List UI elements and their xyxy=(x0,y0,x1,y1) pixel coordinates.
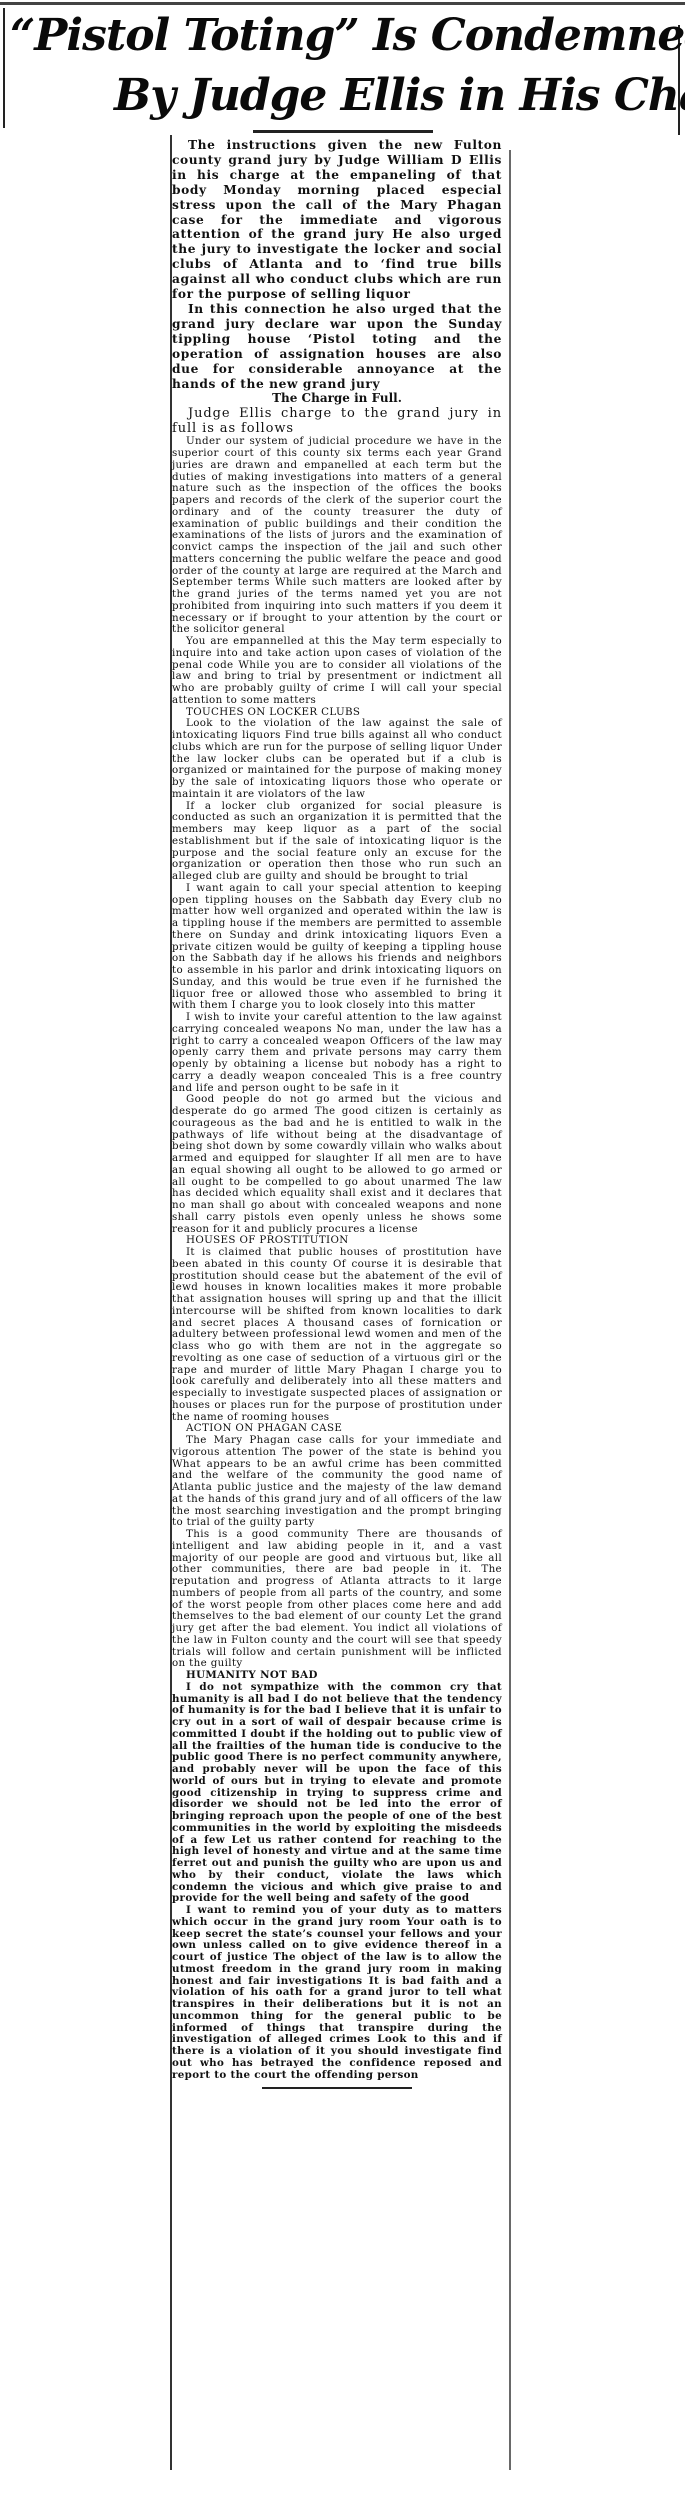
article-body: Under our system of judicial procedure w… xyxy=(172,436,502,2081)
article-section: ACTION ON PHAGAN CASEThe Mary Phagan cas… xyxy=(172,1423,502,1670)
end-rule xyxy=(262,2087,412,2089)
article-section: TOUCHES ON LOCKER CLUBSLook to the viola… xyxy=(172,707,502,1236)
body-paragraph: If a locker club organized for social pl… xyxy=(172,801,502,883)
article-section: HOUSES OF PROSTITUTIONIt is claimed that… xyxy=(172,1235,502,1423)
body-paragraph: I wish to invite your careful attention … xyxy=(172,1012,502,1094)
body-paragraph: I want to remind you of your duty as to … xyxy=(172,1905,502,2081)
body-paragraph: I want again to call your special attent… xyxy=(172,883,502,1012)
headline-line-2: By Judge Ellis in His Charge xyxy=(114,70,685,121)
column-border-right xyxy=(509,150,511,2470)
body-paragraph: I do not sympathize with the common cry … xyxy=(172,1682,502,1905)
subheading-charge-in-full: The Charge in Full. xyxy=(172,391,502,406)
lead-paragraph: In this connection he also urged that th… xyxy=(172,302,502,391)
body-paragraph: Look to the violation of the law against… xyxy=(172,718,502,800)
top-rule xyxy=(0,2,685,5)
frame-border-left xyxy=(3,8,5,128)
intro-line: Judge Ellis charge to the grand jury in … xyxy=(172,406,502,436)
lead-paragraphs: The instructions given the new Fulton co… xyxy=(172,138,502,391)
body-paragraph: Good people do not go armed but the vici… xyxy=(172,1094,502,1235)
article-section: HUMANITY NOT BADI do not sympathize with… xyxy=(172,1670,502,2081)
article-column: The instructions given the new Fulton co… xyxy=(172,138,502,2089)
headline-line-1: “Pistol Toting” Is Condemned xyxy=(10,10,685,61)
body-paragraph: This is a good community There are thous… xyxy=(172,1529,502,1670)
body-paragraph: Under our system of judicial procedure w… xyxy=(172,436,502,636)
body-paragraph: You are empannelled at this the May term… xyxy=(172,636,502,707)
headline-divider xyxy=(253,130,433,133)
article-section: Under our system of judicial procedure w… xyxy=(172,436,502,706)
body-paragraph: The Mary Phagan case calls for your imme… xyxy=(172,1435,502,1529)
body-paragraph: It is claimed that public houses of pros… xyxy=(172,1247,502,1423)
lead-paragraph: The instructions given the new Fulton co… xyxy=(172,138,502,302)
